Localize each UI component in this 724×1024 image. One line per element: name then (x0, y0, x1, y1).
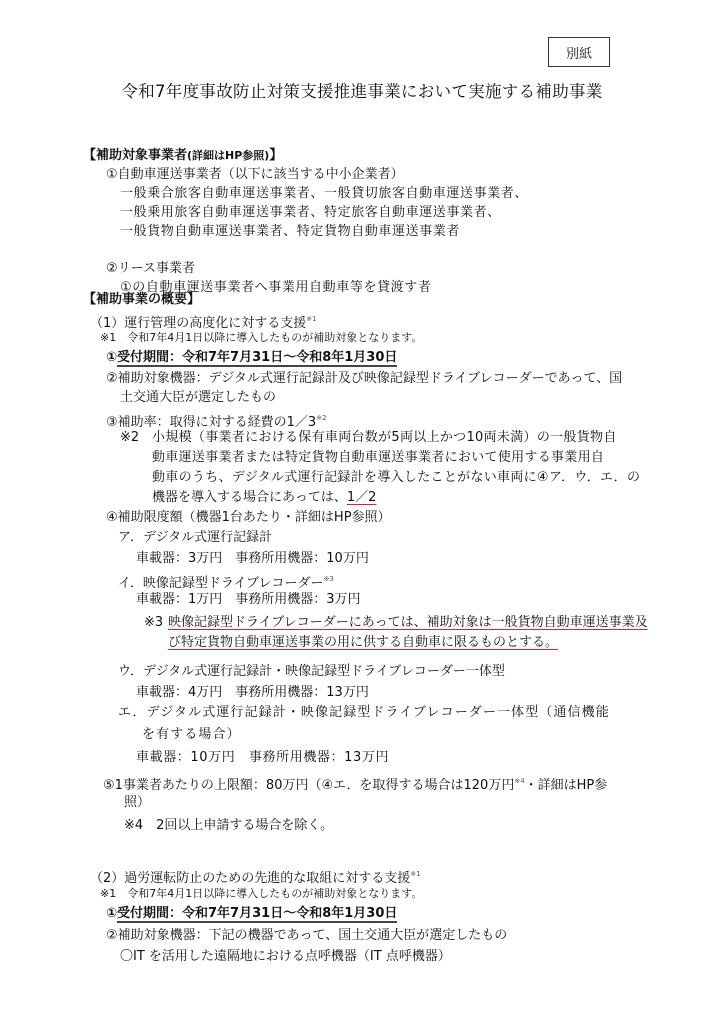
part1-note-2-label: ※2 (120, 429, 139, 447)
limit-i-title: イ．映像記録型ドライブレコーダー※3 (118, 570, 334, 593)
reduced-rate: 1／2 (347, 490, 377, 505)
eligible-item-1-line: 一般乗合旅客自動車運送事業者、一般貸切旅客自動車運送事業者、 (120, 185, 528, 203)
part1-note-2-line: 小規模（事業者における保有車両台数が5両以上かつ10両未満）の一般貨物自 (152, 429, 617, 447)
eligible-item-1-line: 一般乗用旅客自動車運送事業者、特定旅客自動車運送事業者、 (120, 204, 501, 222)
limit-e-title: エ．デジタル式運行記録計・映像記録型ドライブレコーダー一体型（通信機能 (118, 704, 610, 722)
limit-i-values: 車載器：1万円 事務所用機器：3万円 (136, 591, 361, 609)
limit-a-values: 車載器：3万円 事務所用機器：10万円 (136, 550, 369, 568)
period-prefix: ① (106, 350, 117, 365)
footnote-ref: ※3 (324, 575, 334, 583)
note-3-line: び特定貨物自動車運送事業の用に供する自動車に限るものとする。 (168, 634, 558, 652)
cap-text-tail: ・詳細はHP参 (525, 778, 608, 793)
heading-close: 】 (269, 148, 282, 163)
note-3-label: ※3 (144, 614, 163, 632)
footnote-ref: ※1 (410, 870, 420, 878)
part1-cap: ⑤1事業者あたりの上限額：80万円（④エ．を取得する場合は120万円※4・詳細は… (103, 772, 607, 795)
part1-note-2-line: 動車運送事業者または特定貨物自動車運送事業者において使用する事業用自 (152, 449, 604, 467)
part2-title-text: （2）過労運転防止のための先進的な取組に対する支援 (90, 871, 410, 886)
attachment-label: 別紙 (566, 43, 592, 62)
part1-note-1: ※1 令和7年4月1日以降に導入したものが補助対象となります。 (100, 329, 422, 347)
heading-text: 【補助対象事業者 (83, 148, 187, 163)
document-page: 別紙 令和7年度事故防止対策支援推進事業において実施する補助事業 【補助対象事業… (0, 0, 724, 1024)
part1-equipment: ②補助対象機器：デジタル式運行記録計及び映像記録型ドライブレコーダーであって、国 (106, 370, 622, 388)
footnote-ref: ※1 (306, 315, 316, 323)
part1-note-2-line: 動車のうち、デジタル式運行記録計を導入したことがない車両に④ア．ウ．エ．の (152, 469, 640, 487)
eligible-item-1: ①自動車運送事業者（以下に該当する中小企業者） (106, 166, 404, 184)
section-heading-eligible: 【補助対象事業者(詳細はHP参照)】 (83, 147, 282, 165)
footnote-ref: ※2 (316, 414, 326, 422)
period-text: 受付期間：令和7年7月31日～令和8年1月30日 (117, 906, 397, 923)
limit-i-title-text: イ．映像記録型ドライブレコーダー (118, 576, 324, 591)
part2-equipment: ②補助対象機器：下記の機器であって、国土交通大臣が選定したもの (106, 927, 507, 945)
section-heading-overview: 【補助事業の概要】 (83, 291, 200, 309)
limit-u-values: 車載器：4万円 事務所用機器：13万円 (136, 684, 369, 702)
period-prefix: ① (106, 906, 117, 921)
part1-cap-cont: 照） (124, 794, 150, 812)
note-3-line: 映像記録型ドライブレコーダーにあっては、補助対象は一般貨物自動車運送事業及 (168, 614, 648, 632)
part1-note-4: ※4 2回以上申請する場合を除く。 (124, 817, 333, 835)
rate-text: ③補助率：取得に対する経費の1／3 (106, 415, 316, 430)
part2-equipment-item: 〇IT を活用した遠隔地における点呼機器（IT 点呼機器） (120, 948, 451, 966)
cap-text: ⑤1事業者あたりの上限額：80万円（④エ．を取得する場合は120万円 (103, 778, 514, 793)
limit-e-title-cont: を有する場合） (142, 726, 241, 744)
limit-e-values: 車載器：10万円 事務所用機器：13万円 (136, 749, 389, 767)
limit-a-title: ア．デジタル式運行記録計 (118, 529, 272, 547)
period-text: 受付期間：令和7年7月31日～令和8年1月30日 (117, 350, 397, 367)
part2-note-1: ※1 令和7年4月1日以降に導入したものが補助対象となります。 (100, 885, 422, 903)
document-title: 令和7年度事故防止対策支援推進事業において実施する補助事業 (0, 78, 724, 102)
footnote-ref: ※4 (514, 777, 524, 785)
note-text: 機器を導入する場合にあっては、 (152, 490, 347, 505)
part1-period: ①受付期間：令和7年7月31日～令和8年1月30日 (106, 349, 397, 367)
eligible-item-1-line: 一般貨物自動車運送事業者、特定貨物自動車運送事業者 (120, 223, 460, 241)
attachment-label-box: 別紙 (548, 37, 610, 67)
part1-equipment-cont: 土交通大臣が選定したもの (120, 389, 276, 407)
part2-period: ①受付期間：令和7年7月31日～令和8年1月30日 (106, 905, 397, 923)
part1-limit-heading: ④補助限度額（機器1台あたり・詳細はHP参照） (106, 509, 391, 527)
heading-note: (詳細はHP参照) (187, 149, 269, 162)
part1-note-2-last: 機器を導入する場合にあっては、1／2 (152, 489, 376, 507)
limit-u-title: ウ．デジタル式運行記録計・映像記録型ドライブレコーダー一体型 (118, 663, 505, 681)
eligible-item-2: ②リース事業者 (106, 260, 195, 278)
